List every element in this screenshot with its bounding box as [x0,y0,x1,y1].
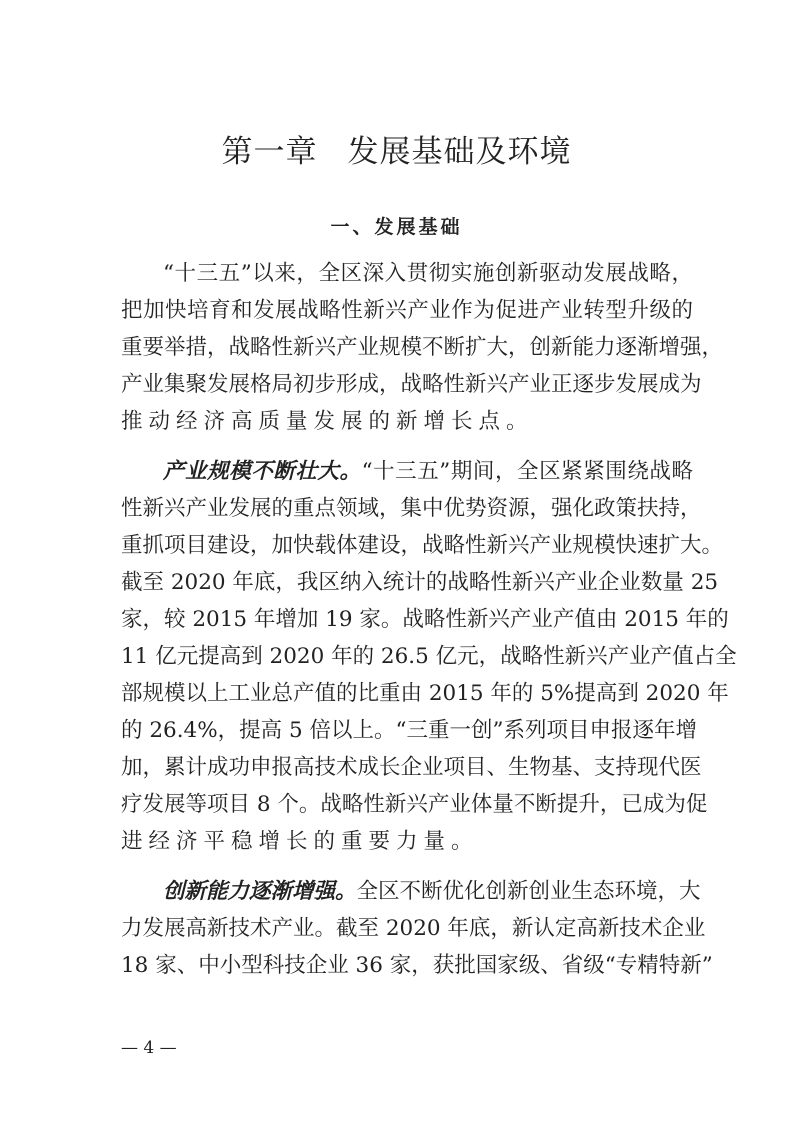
text-line: 产业集聚发展格局初步形成，战略性新兴产业正逐步发展成为 [121,370,693,400]
chapter-name: 发展基础及环境 [348,134,572,170]
text-line: 截至 2020 年底，我区纳入统计的战略性新兴产业企业数量 25 [121,568,693,598]
text-line: 11 亿元提高到 2020 年的 26.5 亿元，战略性新兴产业产值占全 [121,642,693,672]
text-line: 重要举措，战略性新兴产业规模不断扩大，创新能力逐渐增强， [121,333,693,363]
text-run: “十三五”期间，全区紧紧围绕战略 [362,459,693,484]
text-line: 家，较 2015 年增加 19 家。战略性新兴产业产值由 2015 年的 [121,605,693,635]
text-run: 全区不断优化创新创业生态环境，大 [357,879,701,904]
paragraph-lead: 创新能力逐渐增强。 [163,879,357,904]
text-line: 加，累计成功申报高技术成长企业项目、生物基、支持现代医 [121,753,693,783]
text-line-with-lead: 创新能力逐渐增强。全区不断优化创新创业生态环境，大 [163,877,693,907]
text-line: 部规模以上工业总产值的比重由 2015 年的 5%提高到 2020 年 [121,679,693,709]
document-page: 第一章发展基础及环境 一、发展基础 “十三五”以来，全区深入贯彻实施创新驱动发展… [0,0,793,1122]
text-line-with-lead: 产业规模不断壮大。“十三五”期间，全区紧紧围绕战略 [163,457,693,487]
text-line: 18 家、中小型科技企业 36 家，获批国家级、省级“专精特新” [121,951,693,981]
text-line: 推动经济高质量发展的新增长点。 [121,407,693,437]
text-line: 把加快培育和发展战略性新兴产业作为促进产业转型升级的 [121,296,693,326]
text-line: 性新兴产业发展的重点领域，集中优势资源，强化政策扶持， [121,494,693,524]
text-line: 力发展高新技术产业。截至 2020 年底，新认定高新技术企业 [121,914,693,944]
text-line: “十三五”以来，全区深入贯彻实施创新驱动发展战略， [163,259,693,289]
paragraph-lead: 产业规模不断壮大。 [163,459,362,484]
text-line: 疗发展等项目 8 个。战略性新兴产业体量不断提升，已成为促 [121,790,693,820]
text-line: 重抓项目建设，加快载体建设，战略性新兴产业规模快速扩大。 [121,531,693,561]
text-line: 的 26.4%，提高 5 倍以上。“三重一创”系列项目申报逐年增 [121,716,693,746]
chapter-number: 第一章 [222,134,318,170]
page-number: — 4 — [121,1038,177,1058]
text-line: 进经济平稳增长的重要力量。 [121,827,693,857]
chapter-title: 第一章发展基础及环境 [0,126,793,171]
section-title: 一、发展基础 [0,212,793,239]
